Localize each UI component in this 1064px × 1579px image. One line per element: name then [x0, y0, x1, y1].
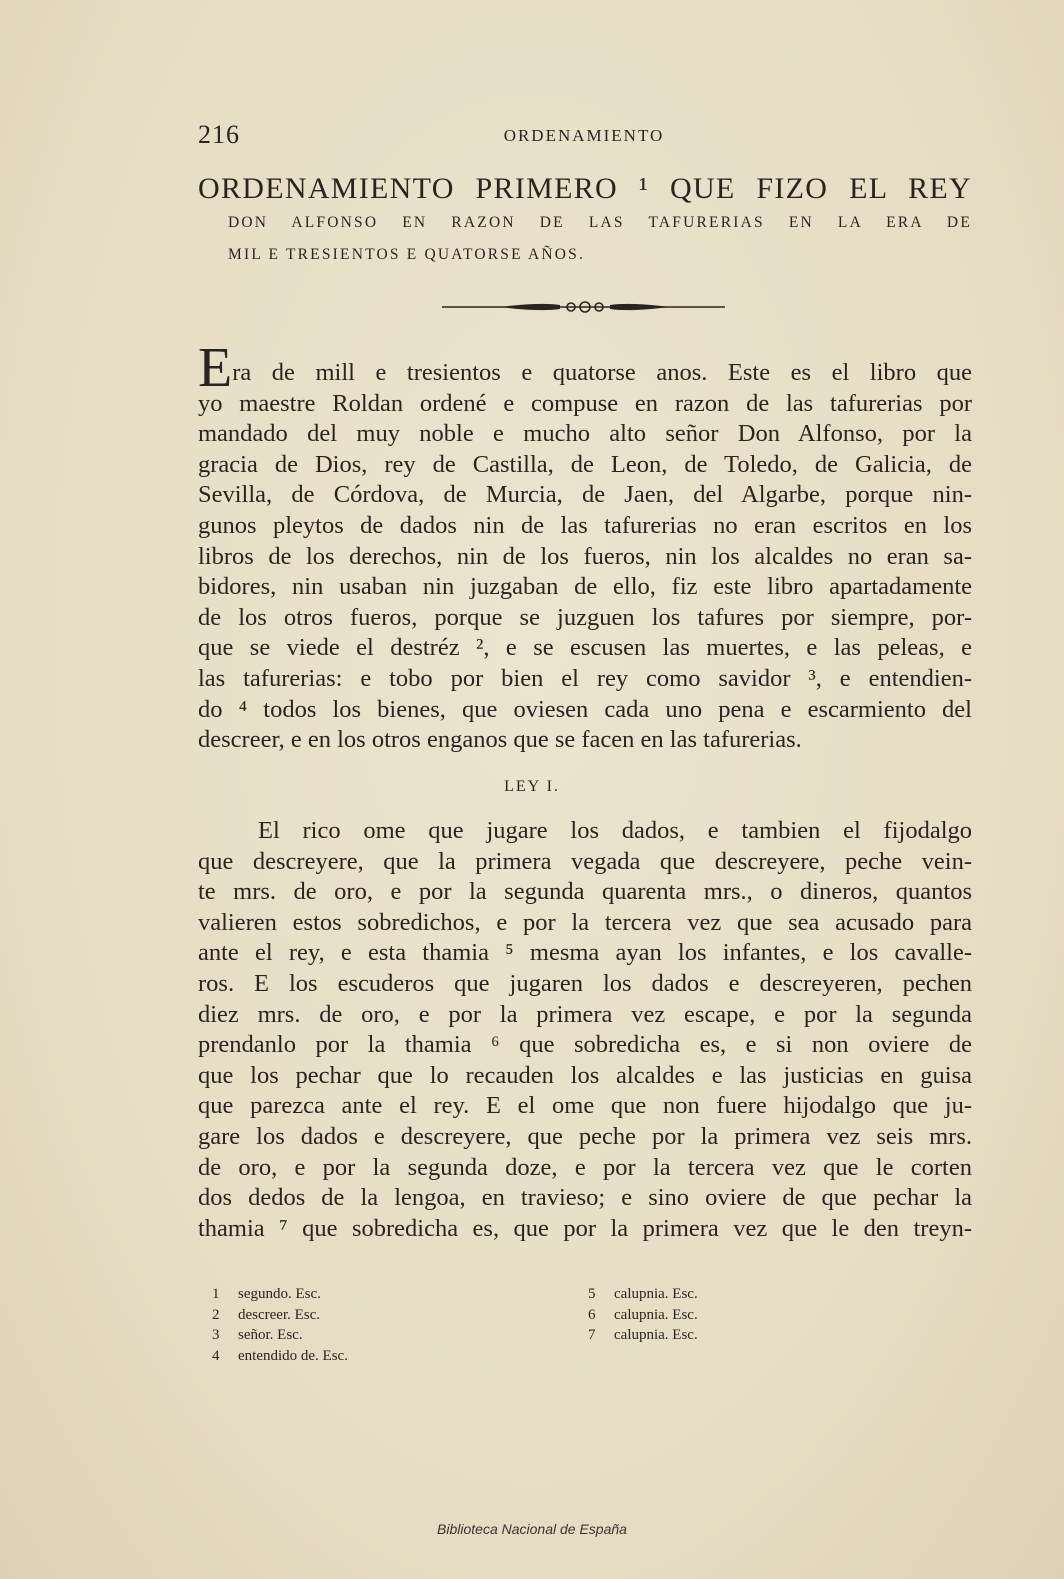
text-line: te mrs. de oro, e por la segunda quarent… [198, 877, 972, 908]
footnote-number: 1 [212, 1284, 238, 1305]
footnote-number: 7 [588, 1325, 614, 1346]
text-line: que parezca ante el rey. E el ome que no… [198, 1091, 972, 1122]
text-line: que se viede el destréz ², e se escusen … [198, 633, 972, 664]
footnote-text: calupnia. Esc. [614, 1286, 698, 1302]
text-line: que los pechar que lo recauden los alcal… [198, 1061, 972, 1092]
text-line: bidores, nin usaban nin juzgaban de ello… [198, 572, 972, 603]
text-line: El rico ome que jugare los dados, e tamb… [198, 816, 972, 847]
text-line: las tafurerias: e tobo por bien el rey c… [198, 664, 972, 695]
text-line: Sevilla, de Córdova, de Murcia, de Jaen,… [198, 480, 972, 511]
ornament-divider-icon [440, 296, 730, 316]
text-line: thamia ⁷ que sobredicha es, que por la p… [198, 1214, 972, 1245]
footnote-number: 2 [212, 1305, 238, 1326]
text-line: valieren estos sobredichos, e por la ter… [198, 908, 972, 939]
text-line: gare los dados e descreyere, que peche p… [198, 1122, 972, 1153]
footnote: 2descreer. Esc. [212, 1305, 348, 1326]
footnote-text: segundo. Esc. [238, 1286, 321, 1302]
text-line: libros de los derechos, nin de los fuero… [198, 542, 972, 573]
law-heading: LEY I. [0, 778, 1064, 796]
footnote: 3señor. Esc. [212, 1325, 348, 1346]
text-line: ante el rey, e esta thamia ⁵ mesma ayan … [198, 938, 972, 969]
running-header: 216 ORDENAMIENTO [198, 120, 970, 148]
footnotes-left: 1segundo. Esc. 2descreer. Esc. 3señor. E… [212, 1284, 348, 1366]
footnote-text: calupnia. Esc. [614, 1327, 698, 1343]
footnote: 4entendido de. Esc. [212, 1346, 348, 1367]
footnote-text: señor. Esc. [238, 1327, 303, 1343]
text-line: de los otros fueros, porque se juzguen l… [198, 603, 972, 634]
section-title: ORDENAMIENTO PRIMERO ¹ QUE FIZO EL REY [198, 172, 972, 206]
footnote-number: 5 [588, 1284, 614, 1305]
text-line: gunos pleytos de dados nin de las tafure… [198, 511, 972, 542]
footnote-text: descreer. Esc. [238, 1307, 320, 1323]
text-line: ros. E los escuderos que jugaren los dad… [198, 969, 972, 1000]
text-line: de oro, e por la segunda doze, e por la … [198, 1153, 972, 1184]
footnote: 6calupnia. Esc. [588, 1305, 698, 1326]
footnote-text: entendido de. Esc. [238, 1348, 348, 1364]
intro-paragraph: E ra de mill e tresientos e quatorse ano… [198, 358, 972, 756]
footnote: 5calupnia. Esc. [588, 1284, 698, 1305]
text-line: gracia de Dios, rey de Castilla, de Leon… [198, 450, 972, 481]
running-title: ORDENAMIENTO [198, 126, 970, 146]
text-line: do ⁴ todos los bienes, que oviesen cada … [198, 695, 972, 726]
text-line: yo maestre Roldan ordené e compuse en ra… [198, 389, 972, 420]
text-line: prendanlo por la thamia ⁶ que sobredicha… [198, 1030, 972, 1061]
footnote-number: 4 [212, 1346, 238, 1367]
text-line: que descreyere, que la primera vegada qu… [198, 847, 972, 878]
drop-cap: E [198, 348, 232, 388]
footnote-text: calupnia. Esc. [614, 1307, 698, 1323]
section-subtitle-line-1: DON ALFONSO EN RAZON DE LAS TAFURERIAS E… [228, 214, 972, 232]
text-line: mandado del muy noble e mucho alto señor… [198, 419, 972, 450]
section-subtitle-line-2: MIL E TRESIENTOS E QUATORSE AÑOS. [228, 246, 972, 264]
footnote: 1segundo. Esc. [212, 1284, 348, 1305]
footnote-number: 3 [212, 1325, 238, 1346]
law-paragraph: El rico ome que jugare los dados, e tamb… [198, 816, 972, 1244]
footnotes-right: 5calupnia. Esc. 6calupnia. Esc. 7calupni… [588, 1284, 698, 1346]
text-line: descreer, e en los otros enganos que se … [198, 725, 972, 756]
footnote: 7calupnia. Esc. [588, 1325, 698, 1346]
text-line: dos dedos de la lengoa, en travieso; e s… [198, 1183, 972, 1214]
library-watermark: Biblioteca Nacional de España [0, 1521, 1064, 1537]
text-line: ra de mill e tresientos e quatorse anos.… [198, 358, 972, 389]
footnote-number: 6 [588, 1305, 614, 1326]
text-line: diez mrs. de oro, e por la primera vez e… [198, 1000, 972, 1031]
